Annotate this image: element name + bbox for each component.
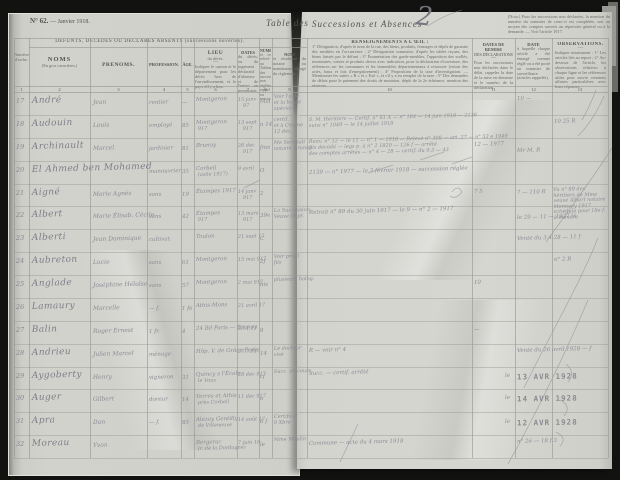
table-row-rule — [14, 435, 608, 436]
cell-tableau: 9 — [260, 328, 264, 334]
cell-age: 81 — [182, 146, 189, 152]
row-number: 21 — [16, 188, 25, 196]
row-number: 27 — [16, 326, 25, 334]
column-number: 9 — [272, 87, 307, 92]
cell-age: 1 fe — [182, 306, 193, 312]
table-column-rule — [194, 38, 195, 458]
cell-profession: — f. — [149, 420, 160, 426]
cell-profession: ménage — [149, 351, 171, 358]
cell-lieu: Montgeron — [196, 119, 227, 126]
column-number: 5 — [181, 87, 194, 92]
cell-profession: manouvrier — [149, 168, 181, 175]
cell-profession: 1 fr. — [149, 328, 160, 334]
cell-profession: jardinier — [149, 145, 173, 152]
table-column-rule — [29, 38, 30, 458]
cell-nom: Audouin — [32, 118, 73, 129]
annotation: 7 — 110 R — [517, 189, 546, 196]
cell-nom: Apra — [32, 416, 56, 427]
column-number: 6 — [194, 87, 237, 92]
cell-date: 7 juin 18 — [238, 441, 260, 447]
annotation: n° 26 — 18 f 3 — [517, 438, 557, 445]
table-rule-groupsep — [29, 47, 307, 48]
cell-age: 42 — [182, 214, 189, 220]
cell-lieu: Toulon — [196, 234, 215, 241]
column-number: 7 — [237, 87, 259, 92]
cell-profession: sans — [149, 283, 162, 289]
row-number: 28 — [16, 348, 25, 356]
page-title-left: Table des — [266, 18, 309, 28]
cell-lieu-2: le Vaux — [198, 378, 216, 384]
cell-profession: rentier — [149, 99, 168, 106]
cell-prenoms: Marcelle — [93, 304, 120, 312]
cell-nom: Anglade — [32, 278, 72, 289]
cell-age: 4 — [182, 329, 186, 335]
cell-age: 85 — [182, 123, 189, 129]
column-number: 1 — [14, 87, 29, 92]
table-row-rule — [14, 161, 608, 162]
col-header-remise: DATES DE REMISE DES DÉCLARATIONS — Pour … — [474, 42, 513, 90]
cell-nom: Aigné — [32, 187, 61, 198]
stamp-prefix: le — [505, 395, 510, 401]
cell-tableau: O — [260, 168, 265, 174]
scanned-register-page: N° 62. — Janvier 1918. Table des Success… — [0, 0, 620, 480]
cell-nom: Moreau — [32, 438, 70, 449]
annotation: 10 25 R — [554, 118, 576, 125]
cell-lieu: Athis-Mons — [196, 302, 228, 309]
column-number: 2 — [29, 87, 90, 92]
col-header-lieu: LIEU du décès. — Indiquer le canton et l… — [195, 50, 236, 90]
table-column-rule — [608, 38, 609, 458]
form-date: — Janvier 1918. — [50, 19, 90, 25]
table-column-rule — [515, 38, 516, 458]
cell-tableau: n 14 — [260, 122, 272, 128]
cell-date: 21 avril 17 — [238, 303, 265, 309]
cell-date-2: 917 — [243, 195, 253, 201]
cell-lieu: Étampes 1917 — [196, 187, 236, 194]
cell-profession: doreur — [149, 397, 168, 404]
row-number: 30 — [16, 394, 25, 402]
table-column-rule — [90, 38, 91, 458]
table-rule-numsbottom — [14, 92, 608, 93]
cell-lieu: Montgeron — [196, 96, 227, 103]
handwritten-page-number: 2 — [414, 1, 434, 33]
annotation: n° 2 R — [554, 257, 572, 263]
cell-lieu: Montgeron — [196, 256, 227, 263]
row-number: 19 — [16, 143, 25, 151]
cell-date-2: 917 — [243, 127, 253, 133]
cell-agent-line: fils — [274, 261, 282, 267]
cell-tableau: 2f — [260, 259, 266, 265]
cell-prenoms: Louis — [93, 121, 110, 128]
col-header-sommier: DATE à laquelle chaque article a été éma… — [517, 42, 550, 81]
row-number: 24 — [16, 257, 25, 265]
cell-age: 61 — [182, 260, 189, 266]
cell-date-2: 917 — [243, 149, 253, 155]
table-column-rule — [147, 38, 148, 458]
cell-nom: André — [32, 95, 62, 106]
cell-lieu: Montgeron — [196, 279, 227, 286]
cell-lieu-2: 917 — [198, 218, 208, 224]
cell-age: 35 — [182, 168, 189, 174]
column-number: 13 — [552, 87, 608, 92]
cell-nom: Balin — [32, 324, 58, 335]
annotation: 10 — — [517, 96, 531, 102]
cell-profession: sans — [149, 260, 162, 266]
cell-agent-line: visé — [274, 352, 284, 358]
column-number: 4 — [147, 87, 181, 92]
cell-age: 19 — [182, 191, 189, 197]
cell-profession: employé — [149, 122, 173, 129]
column-number: 11 — [472, 87, 515, 92]
cell-prenoms: Henry — [93, 373, 112, 381]
cell-profession: cultivat. — [149, 237, 172, 244]
cell-tableau: 6 f — [260, 419, 267, 425]
cell-tableau: 14 — [260, 350, 267, 356]
row-number: 31 — [16, 417, 25, 425]
printed-margin-note: (Nota.) Pour les successions non déclaré… — [508, 15, 610, 35]
cell-tableau: cf — [260, 373, 265, 379]
cell-prenoms: Dan — [93, 419, 105, 426]
col-header-nom: NOMS (En gros caractères.) — [30, 56, 89, 68]
cell-profession: sans — [149, 214, 162, 220]
table-row-rule — [14, 321, 608, 322]
cell-tableau: Mal — [260, 99, 271, 105]
annotation: R — voir n° 4 — [309, 347, 346, 354]
col-header-age: ÂGE. — [181, 62, 194, 67]
cell-prenoms: Marie Agnès — [93, 189, 132, 197]
table-row-rule — [14, 344, 608, 345]
col-header-prenoms: PRÉNOMS. — [91, 62, 146, 68]
cell-nom: Lamaury — [32, 301, 75, 312]
cell-tableau: o — [260, 396, 263, 402]
table-row-rule — [14, 229, 608, 230]
cell-date: 27.7.917 — [238, 349, 260, 355]
cell-nom: Aubreton — [32, 255, 78, 266]
col-header-tableau: NUMÉRO et ce relevé au Tableau des succe… — [260, 49, 271, 101]
cell-lieu: Quincy s l'École — [196, 370, 241, 377]
row-number: 26 — [16, 303, 25, 311]
col-header-agent: NOM et résidence du notaire ou mandatair… — [273, 52, 306, 77]
row-number: 25 — [16, 280, 25, 288]
cell-lieu-2: 917 — [198, 127, 208, 133]
row-number: 32 — [16, 440, 25, 448]
cell-profession: vigneron — [149, 374, 174, 381]
table-row-rule — [14, 115, 608, 116]
column-number: 8 — [259, 87, 272, 92]
cell-agent-line: 9 Xbre — [274, 421, 291, 427]
annotation: 12 — 1977 — [474, 141, 504, 148]
cell-prenoms: Yvon — [93, 442, 108, 449]
col-header-observations: OBSERVATIONS. — Indiquer notamment : 1° … — [555, 42, 606, 90]
cell-prenoms: Marcel — [93, 144, 115, 152]
table-row-rule — [14, 389, 608, 390]
table-row-rule — [14, 367, 608, 368]
table-row-rule — [14, 298, 608, 299]
cell-profession: — f. — [149, 306, 160, 312]
row-number: 29 — [16, 371, 25, 379]
cell-prenoms: Gilbert — [93, 396, 114, 404]
cell-nom: Andrieu — [32, 347, 71, 358]
column-number: 10 — [307, 87, 472, 92]
cell-agent-line: 12 déc. — [274, 129, 293, 135]
group-header: DÉFUNTS, DÉCÉDÉS OU DÉCLARÉS ABSENTS (su… — [30, 39, 270, 44]
stamp-prefix: le — [505, 419, 510, 425]
cell-agent-line: Mme Moulin — [274, 437, 306, 443]
row-number: 23 — [16, 234, 25, 242]
cell-tableau: 2 — [260, 190, 264, 196]
table-row-rule — [14, 206, 608, 207]
date-stamp: 14 AVR 1928 — [517, 394, 578, 404]
table-row-rule — [14, 252, 608, 253]
date-stamp: 12 AVR 1928 — [517, 418, 578, 428]
cell-nom: Aygoberty — [32, 369, 82, 380]
table-column-rule — [307, 38, 308, 458]
cell-age: 57 — [182, 283, 189, 289]
annotation: Succ. — certif. arrêté — [309, 369, 369, 377]
cell-date-2: 917 — [243, 218, 253, 224]
row-number: 17 — [16, 97, 25, 105]
table-row-rule — [14, 412, 608, 413]
table-column-rule — [272, 38, 273, 458]
form-number: N° 62. — Janvier 1918. — [30, 17, 90, 25]
cell-tableau: C — [260, 236, 264, 242]
row-number: 18 — [16, 120, 25, 128]
table-rule-top — [14, 38, 608, 39]
cell-lieu: Brunoy — [196, 142, 216, 149]
cell-age: 85 — [182, 420, 189, 426]
column-number: 3 — [90, 87, 147, 92]
cell-nom: Albert — [32, 210, 63, 221]
col-header-num: Numéros d'ordre. — [14, 52, 29, 62]
col-header-renseignements: RENSEIGNEMENTS A L'ŒIL : 1° Désignation,… — [312, 40, 468, 89]
annotation: Mr M. R — [517, 147, 540, 154]
date-stamp: 13 AVR 1928 — [517, 371, 578, 381]
cell-agent-line: plusieurs holog. — [274, 277, 315, 284]
cell-agent-line: notaire Brunoy — [274, 146, 312, 152]
cell-lieu-2: (asile 1917) — [198, 172, 228, 178]
cell-tableau: 39e — [260, 213, 270, 219]
cell-profession: sans — [149, 191, 162, 197]
cell-tableau: le — [260, 442, 265, 448]
cell-age: — — [182, 100, 188, 106]
cell-prenoms: Jean — [93, 99, 107, 106]
cell-agent-line: spéciale — [274, 106, 295, 112]
table-row-rule — [14, 184, 608, 185]
annotation: 7 5 — [474, 188, 483, 194]
table-column-rule — [472, 38, 473, 458]
table-row-rule — [14, 458, 608, 459]
column-number: 12 — [515, 87, 552, 92]
stamp-prefix: le — [505, 372, 510, 378]
cell-prenoms: Julien Marcel — [93, 349, 134, 357]
row-number: 20 — [16, 165, 25, 173]
cell-prenoms: Lucie — [93, 259, 110, 266]
col-header-profession: PROFESSION. — [148, 62, 180, 67]
cell-nom: Auger — [32, 393, 62, 404]
cell-date-2: 97 — [243, 104, 250, 110]
cell-tableau: fme — [260, 144, 271, 150]
page-title-right: Successions et Absences — [312, 19, 422, 29]
cell-tableau: bis — [260, 282, 268, 288]
annotation: — — [474, 327, 480, 333]
cell-nom: Alberti — [32, 232, 66, 243]
cell-date: 30.1.17 — [238, 326, 257, 332]
cell-date: 9 avril — [238, 166, 254, 172]
row-number: 22 — [16, 211, 25, 219]
cell-agent-line: Succ. en cours — [274, 368, 311, 374]
annotation: 10 — [474, 280, 481, 286]
cell-nom: Archinault — [32, 140, 84, 151]
cell-prenoms: Roger Ernest — [93, 327, 134, 335]
cell-age: 31 — [182, 374, 189, 380]
cell-age: 14 — [182, 397, 189, 403]
